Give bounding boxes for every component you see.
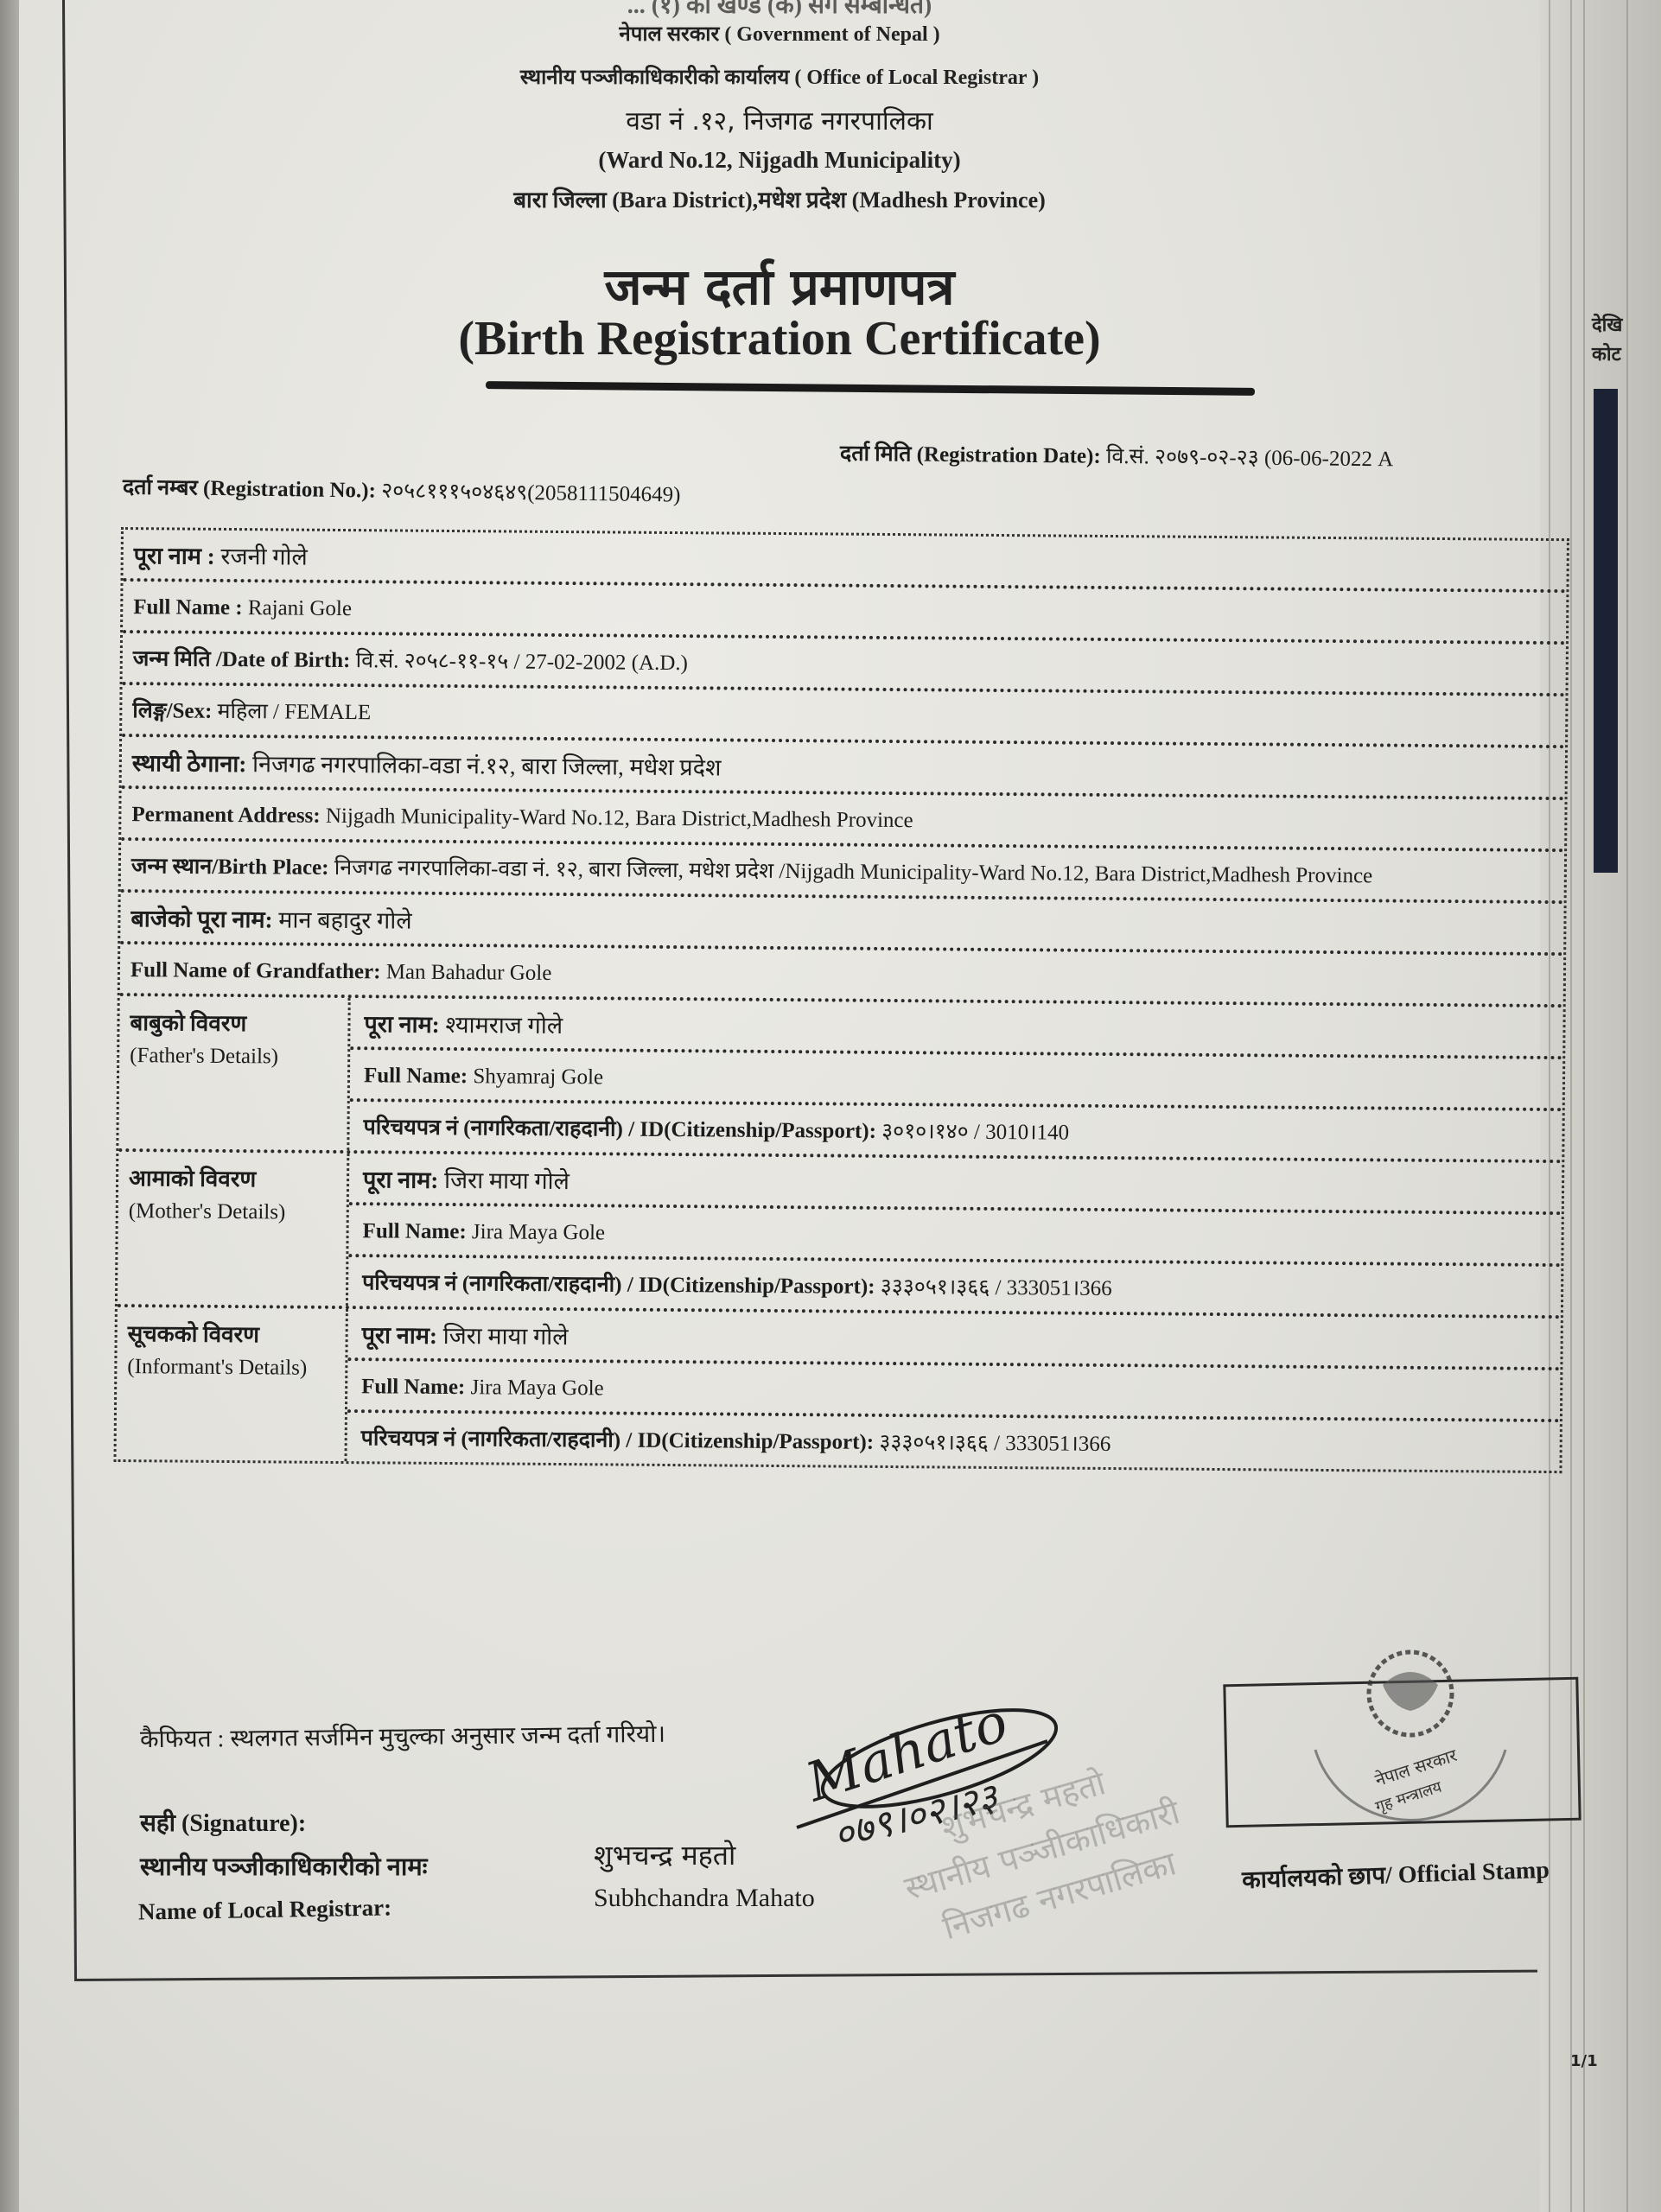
header-district: बारा जिल्ला (Bara District),मधेश प्रदेश … [19,183,1540,214]
field-value: ३३३०५१।३६६ / 333051।366 [875,1275,1111,1300]
row-name-english: Full Name: Shyamraj Gole [350,1050,1562,1111]
page-edge [1583,0,1585,2212]
registration-date-value: वि.सं. २०७९-०२-२३ (06-06-2022 A [1101,445,1394,472]
field-value: मान बहादुर गोले [272,906,411,933]
field-value: Jira Maya Gole [467,1220,606,1244]
remarks: कैफियत : स्थलगत सर्जमिन मुचुल्का अनुसार … [140,1717,665,1755]
certificate-title-nepali: जन्म दर्ता प्रमाणपत्र [19,251,1540,319]
row-name-nepali: पूरा नाम: जिरा माया गोले [347,1309,1560,1370]
field-value: जिरा माया गोले [437,1323,569,1350]
page-edge [1570,0,1572,2212]
page-number: 1/1 [1570,2052,1598,2070]
mother-details: आमाको विवरण (Mother's Details) पूरा नाम:… [118,1152,1562,1319]
group-label-english: (Father's Details) [130,1039,337,1074]
field-value: Jira Maya Gole [465,1376,604,1400]
header-ward-nepali: वडा नं .१२, निजगढ नगरपालिका [19,102,1540,137]
group-label: सूचकको विवरण (Informant's Details) [117,1307,348,1461]
header-office: स्थानीय पञ्जीकाधिकारीको कार्यालय ( Offic… [19,62,1540,91]
field-value: निजगढ नगरपालिका-वडा नं. १२, बारा जिल्ला,… [328,856,1372,887]
field-label: परिचयपत्र नं (नागरिकता/राहदानी) / ID(Cit… [362,1271,875,1299]
certificate-title-english: (Birth Registration Certificate) [19,311,1540,366]
registrar-name-english: Subhchandra Mahato [594,1884,815,1913]
registration-date: दर्ता मिति (Registration Date): वि.सं. २… [840,438,1394,474]
field-label: जन्म स्थान/Birth Place: [131,855,329,880]
field-value: ३०१०।१४० / 3010।140 [876,1120,1069,1145]
group-body: पूरा नाम: जिरा माया गोले Full Name: Jira… [348,1154,1562,1315]
field-label: जन्म मिति /Date of Birth: [133,647,351,672]
field-label: Full Name: [363,1219,467,1243]
group-body: पूरा नाम: श्यामराज गोले Full Name: Shyam… [349,998,1562,1160]
registration-date-label: दर्ता मिति (Registration Date): [840,442,1101,468]
father-details: बाबुको विवरण (Father's Details) पूरा नाम… [118,996,1562,1163]
field-value: Shyamraj Gole [468,1065,603,1089]
binder-edge [0,0,19,2212]
certificate-page: ... (१) को खण्ड (क) सँग सम्बन्धित) नेपाल… [19,0,1540,2212]
row-name-english: Full Name: Jira Maya Gole [348,1205,1561,1267]
group-label: बाबुको विवरण (Father's Details) [118,996,350,1150]
field-label: पूरा नाम: [363,1166,438,1193]
group-label-nepali: बाबुको विवरण [130,1010,246,1036]
field-label: परिचयपत्र नं (नागरिकता/राहदानी) / ID(Cit… [361,1427,875,1454]
row-name-english: Full Name: Jira Maya Gole [347,1361,1560,1422]
page-edge [1626,0,1628,2212]
header-ward-english: (Ward No.12, Nijgadh Municipality) [19,147,1540,174]
field-label: स्थायी ठेगाना: [132,750,247,777]
group-label: आमाको विवरण (Mother's Details) [118,1152,349,1306]
registrar-name-label-nepali: स्थानीय पञ्जीकाधिकारीको नामः [140,1849,428,1883]
row-id: परिचयपत्र नं (नागरिकता/राहदानी) / ID(Cit… [348,1257,1561,1315]
adjacent-page-dark-strip [1594,389,1618,873]
field-label: Full Name : [133,595,248,620]
registration-number-label: दर्ता नम्बर (Registration No.): [123,475,376,502]
registration-number-value: २०५८१११५०४६४९(2058111504649) [376,480,681,507]
registrar-name-label-english: Name of Local Registrar: [138,1894,392,1925]
details-table: पूरा नाम : रजनी गोले Full Name : Rajani … [114,527,1569,1473]
group-label-english: (Mother's Details) [129,1195,336,1230]
field-label: परिचयपत्र नं (नागरिकता/राहदानी) / ID(Cit… [363,1116,876,1143]
group-label-english: (Informant's Details) [127,1351,334,1385]
field-label: लिङ्ग/Sex: [132,699,212,723]
field-label: Full Name of Grandfather: [130,958,381,983]
group-body: पूरा नाम: जिरा माया गोले Full Name: Jira… [347,1309,1561,1471]
header-government: नेपाल सरकार ( Government of Nepal ) [19,19,1540,48]
adjacent-page-text: देखि कोट [1592,311,1622,370]
svg-text:नेपाल सरकार: नेपाल सरकार [1372,1745,1460,1790]
field-value: Man Bahadur Gole [380,960,551,985]
field-label: पूरा नाम : [134,543,221,569]
header-cutoff-line: ... (१) को खण्ड (क) सँग सम्बन्धित) [19,0,1540,21]
row-id: परिचयपत्र नं (नागरिकता/राहदानी) / ID(Cit… [347,1413,1560,1471]
field-value: निजगढ नगरपालिका-वडा नं.१२, बारा जिल्ला, … [246,751,721,780]
row-name-nepali: पूरा नाम: श्यामराज गोले [350,998,1562,1059]
field-label: बाजेको पूरा नाम: [130,906,272,932]
group-label-nepali: आमाको विवरण [129,1166,256,1192]
field-value: ३३३०५१।३६६ / 333051।366 [874,1431,1111,1456]
row-id: परिचयपत्र नं (नागरिकता/राहदानी) / ID(Cit… [349,1102,1562,1160]
field-label: पूरा नाम: [364,1011,439,1038]
field-label: Full Name: [361,1375,465,1399]
field-value: वि.सं. २०५८-११-१५ / 27-02-2002 (A.D.) [350,649,688,675]
informant-details: सूचकको विवरण (Informant's Details) पूरा … [117,1307,1561,1471]
field-value: Rajani Gole [248,596,352,620]
field-label: Permanent Address: [131,803,320,828]
registrar-name-nepali: शुभचन्द्र महतो [594,1836,735,1873]
field-value: जिरा माया गोले [438,1167,570,1194]
row-name-nepali: पूरा नाम: जिरा माया गोले [349,1154,1562,1215]
field-value: Nijgadh Municipality-Ward No.12, Bara Di… [321,804,913,832]
field-label: Full Name: [364,1064,468,1088]
field-label: पूरा नाम: [362,1322,437,1349]
field-value: श्यामराज गोले [440,1012,563,1039]
field-value: महिला / FEMALE [212,700,371,724]
field-value: रजनी गोले [220,543,308,570]
signature-label: सही (Signature): [140,1806,306,1839]
group-label-nepali: सूचकको विवरण [128,1321,260,1347]
